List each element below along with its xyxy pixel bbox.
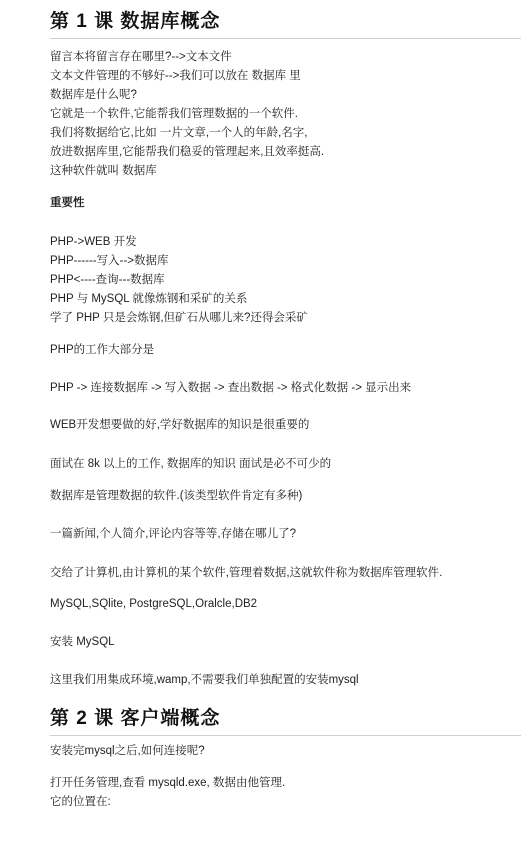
lesson-2-title: 第 2 课 客户端概念 (50, 707, 521, 736)
interview-text: 面试在 8k 以上的工作, 数据库的知识 面试是必不可少的 (50, 457, 331, 472)
intro-line: 它就是一个软件,它能帮我们管理数据的一个软件. (50, 107, 298, 122)
install-text: 安装 MySQL (50, 635, 115, 650)
php-line: 学了 PHP 只是会炼钢,但矿石从哪儿来?还得会采矿 (50, 311, 308, 326)
php-line: PHP 与 MySQL 就像炼钢和采矿的关系 (50, 292, 247, 307)
lesson-1-title: 第 1 课 数据库概念 (50, 10, 521, 39)
php-flow-text: PHP -> 连接数据库 -> 写入数据 -> 查出数据 -> 格式化数据 ->… (50, 381, 411, 396)
location-text: 它的位置在: (50, 795, 111, 810)
intro-line: 这种软件就叫 数据库 (50, 164, 157, 179)
db-list-text: MySQL,SQlite, PostgreSQL,Oralcle,DB2 (50, 597, 257, 612)
news-question-text: 一篇新闻,个人简介,评论内容等等,存储在哪儿了? (50, 527, 296, 542)
php-work-text: PHP的工作大部分是 (50, 343, 154, 358)
connect-question-text: 安装完mysql之后,如何连接呢? (50, 744, 205, 759)
intro-line: 放进数据库里,它能帮我们稳妥的管理起来,且效率挺高. (50, 145, 324, 160)
wamp-text: 这里我们用集成环境,wamp,不需要我们单独配置的安装mysql (50, 673, 359, 688)
definition-text: 数据库是管理数据的软件.(该类型软件肯定有多种) (50, 489, 302, 504)
php-line: PHP------写入-->数据库 (50, 254, 169, 269)
intro-line: 我们将数据给它,比如 一片文章,一个人的年龄,名字, (50, 126, 307, 141)
dbms-text: 交给了计算机,由计算机的某个软件,管理着数据,这就软件称为数据库管理软件. (50, 566, 442, 581)
task-manager-text: 打开任务管理,查看 mysqld.exe, 数据由他管理. (50, 776, 285, 791)
php-line: PHP<----查询---数据库 (50, 273, 165, 288)
importance-heading: 重要性 (50, 196, 85, 211)
intro-line: 文本文件管理的不够好-->我们可以放在 数据库 里 (50, 69, 301, 84)
php-line: PHP->WEB 开发 (50, 235, 137, 250)
document-page: 第 1 课 数据库概念 留言本将留言存在哪里?-->文本文件 文本文件管理的不够… (0, 0, 521, 848)
intro-line: 留言本将留言存在哪里?-->文本文件 (50, 50, 232, 65)
web-dev-text: WEB开发想要做的好,学好数据库的知识是很重要的 (50, 418, 309, 433)
intro-line: 数据库是什么呢? (50, 88, 137, 103)
